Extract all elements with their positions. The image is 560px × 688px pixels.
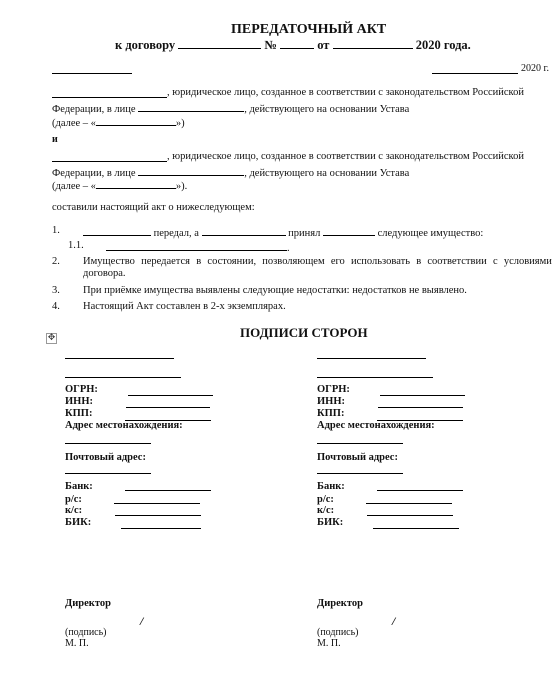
left-bank-label: Банк: [65,481,93,492]
left-org-blank-2[interactable] [65,377,181,378]
place-blank[interactable] [52,73,132,74]
left-org-blank-1[interactable] [65,358,174,359]
left-ogrn-blank[interactable] [128,395,213,396]
party2-line3-suffix: »). [176,181,187,192]
right-signature-caption: (подпись) [317,627,359,638]
right-signature-slash: / [392,614,395,629]
transferor-blank[interactable] [83,225,151,236]
item-3-text: При приёмке имущества выявлены следующие… [83,285,467,296]
item-1-number: 1. [52,225,60,236]
left-address-blank[interactable] [65,443,151,444]
document-subtitle: к договору № от 2020 года. [115,38,471,53]
party1-line2: Федерации, в лице , действующего на осно… [52,101,409,115]
item-1-text: передал, а принял следующее имущество: [83,225,483,239]
item-1-1-number: 1.1. [68,240,84,251]
left-ks-blank[interactable] [115,515,201,516]
right-kpp-label: КПП: [317,408,344,419]
item-2-line2: договора. [83,268,126,279]
left-signature-caption: (подпись) [65,627,107,638]
right-stamp-caption: М. П. [317,638,341,649]
item-1-part-a: передал, а [154,228,199,239]
party1-line2-suffix: , действующего на основании Устава [244,104,409,115]
item-4-number: 4. [52,301,60,312]
left-rs-blank[interactable] [114,503,200,504]
party1-line3-prefix: (далее – « [52,118,96,129]
party1-name-blank[interactable] [52,97,167,98]
right-ogrn-label: ОГРН: [317,384,350,395]
accepted-blank[interactable] [323,225,375,236]
left-signature-slash: / [140,614,143,629]
right-director-label: Директор [317,598,363,609]
left-postal-label: Почтовый адрес: [65,452,146,463]
left-bik-label: БИК: [65,517,91,528]
party2-line2: Федерации, в лице , действующего на осно… [52,165,409,179]
right-address-blank[interactable] [317,443,403,444]
right-bank-blank[interactable] [377,490,463,491]
right-address-label: Адрес местонахождения: [317,420,435,431]
date-blank[interactable] [432,73,518,74]
item-3-number: 3. [52,285,60,296]
left-postal-blank[interactable] [65,473,151,474]
item-2-line1: Имущество передается в состоянии, позвол… [83,256,552,267]
right-ks-label: к/с: [317,505,334,516]
right-bik-label: БИК: [317,517,343,528]
left-stamp-caption: М. П. [65,638,89,649]
item-4-text: Настоящий Акт составлен в 2-х экземпляра… [83,301,286,312]
item-1-part-c: следующее имущество: [378,228,484,239]
left-bank-blank[interactable] [125,490,211,491]
right-rs-blank[interactable] [366,503,452,504]
right-inn-blank[interactable] [378,407,463,408]
party1-line3-suffix: ») [176,118,185,129]
right-rs-label: р/с: [317,494,334,505]
right-org-blank-2[interactable] [317,377,433,378]
move-arrows-icon[interactable]: ✥ [46,333,57,344]
party2-line2-suffix: , действующего на основании Устава [244,168,409,179]
left-address-label: Адрес местонахождения: [65,420,183,431]
contract-name-blank[interactable] [178,38,261,49]
item-1-part-b: принял [288,228,320,239]
right-bank-label: Банк: [317,481,345,492]
right-postal-blank[interactable] [317,473,403,474]
document-title: ПЕРЕДАТОЧНЫЙ АКТ [231,22,386,38]
recipient-blank[interactable] [202,225,286,236]
property-blank[interactable] [106,240,287,251]
left-kpp-label: КПП: [65,408,92,419]
contract-date-blank[interactable] [333,38,413,49]
party1-line3: (далее – «») [52,115,185,129]
item-2-number: 2. [52,256,60,267]
party1-alias-blank[interactable] [96,115,176,126]
year-suffix: 2020 года. [416,38,471,52]
right-bik-blank[interactable] [373,528,459,529]
left-ks-label: к/с: [65,505,82,516]
left-inn-blank[interactable] [126,407,210,408]
date-suffix: 2020 г. [521,63,549,74]
party2-representative-blank[interactable] [138,165,244,176]
left-inn-label: ИНН: [65,396,93,407]
party1-line2-prefix: Федерации, в лице [52,104,136,115]
party2-line3: (далее – «»). [52,178,187,192]
party2-name-blank[interactable] [52,161,167,162]
subtitle-prefix: к договору [115,38,175,52]
item-1-1-text: . [106,240,290,254]
left-ogrn-label: ОГРН: [65,384,98,395]
left-bik-blank[interactable] [121,528,201,529]
from-label: от [317,38,329,52]
party1-line1: , юридическое лицо, созданное в соответс… [167,87,524,98]
right-postal-label: Почтовый адрес: [317,452,398,463]
and-conjunction: и [52,134,58,145]
party2-line3-prefix: (далее – « [52,181,96,192]
intro-text: составили настоящий акт о нижеследующем: [52,202,255,213]
item-1-1-end: . [287,243,290,254]
number-sign: № [264,38,277,52]
left-director-label: Директор [65,598,111,609]
right-inn-label: ИНН: [317,396,345,407]
party2-line1: , юридическое лицо, созданное в соответс… [167,151,524,162]
right-ogrn-blank[interactable] [380,395,465,396]
contract-number-blank[interactable] [280,38,314,49]
party1-representative-blank[interactable] [138,101,244,112]
left-rs-label: р/с: [65,494,82,505]
right-org-blank-1[interactable] [317,358,426,359]
signatures-title: ПОДПИСИ СТОРОН [240,325,368,341]
right-ks-blank[interactable] [367,515,453,516]
party2-alias-blank[interactable] [96,178,176,189]
